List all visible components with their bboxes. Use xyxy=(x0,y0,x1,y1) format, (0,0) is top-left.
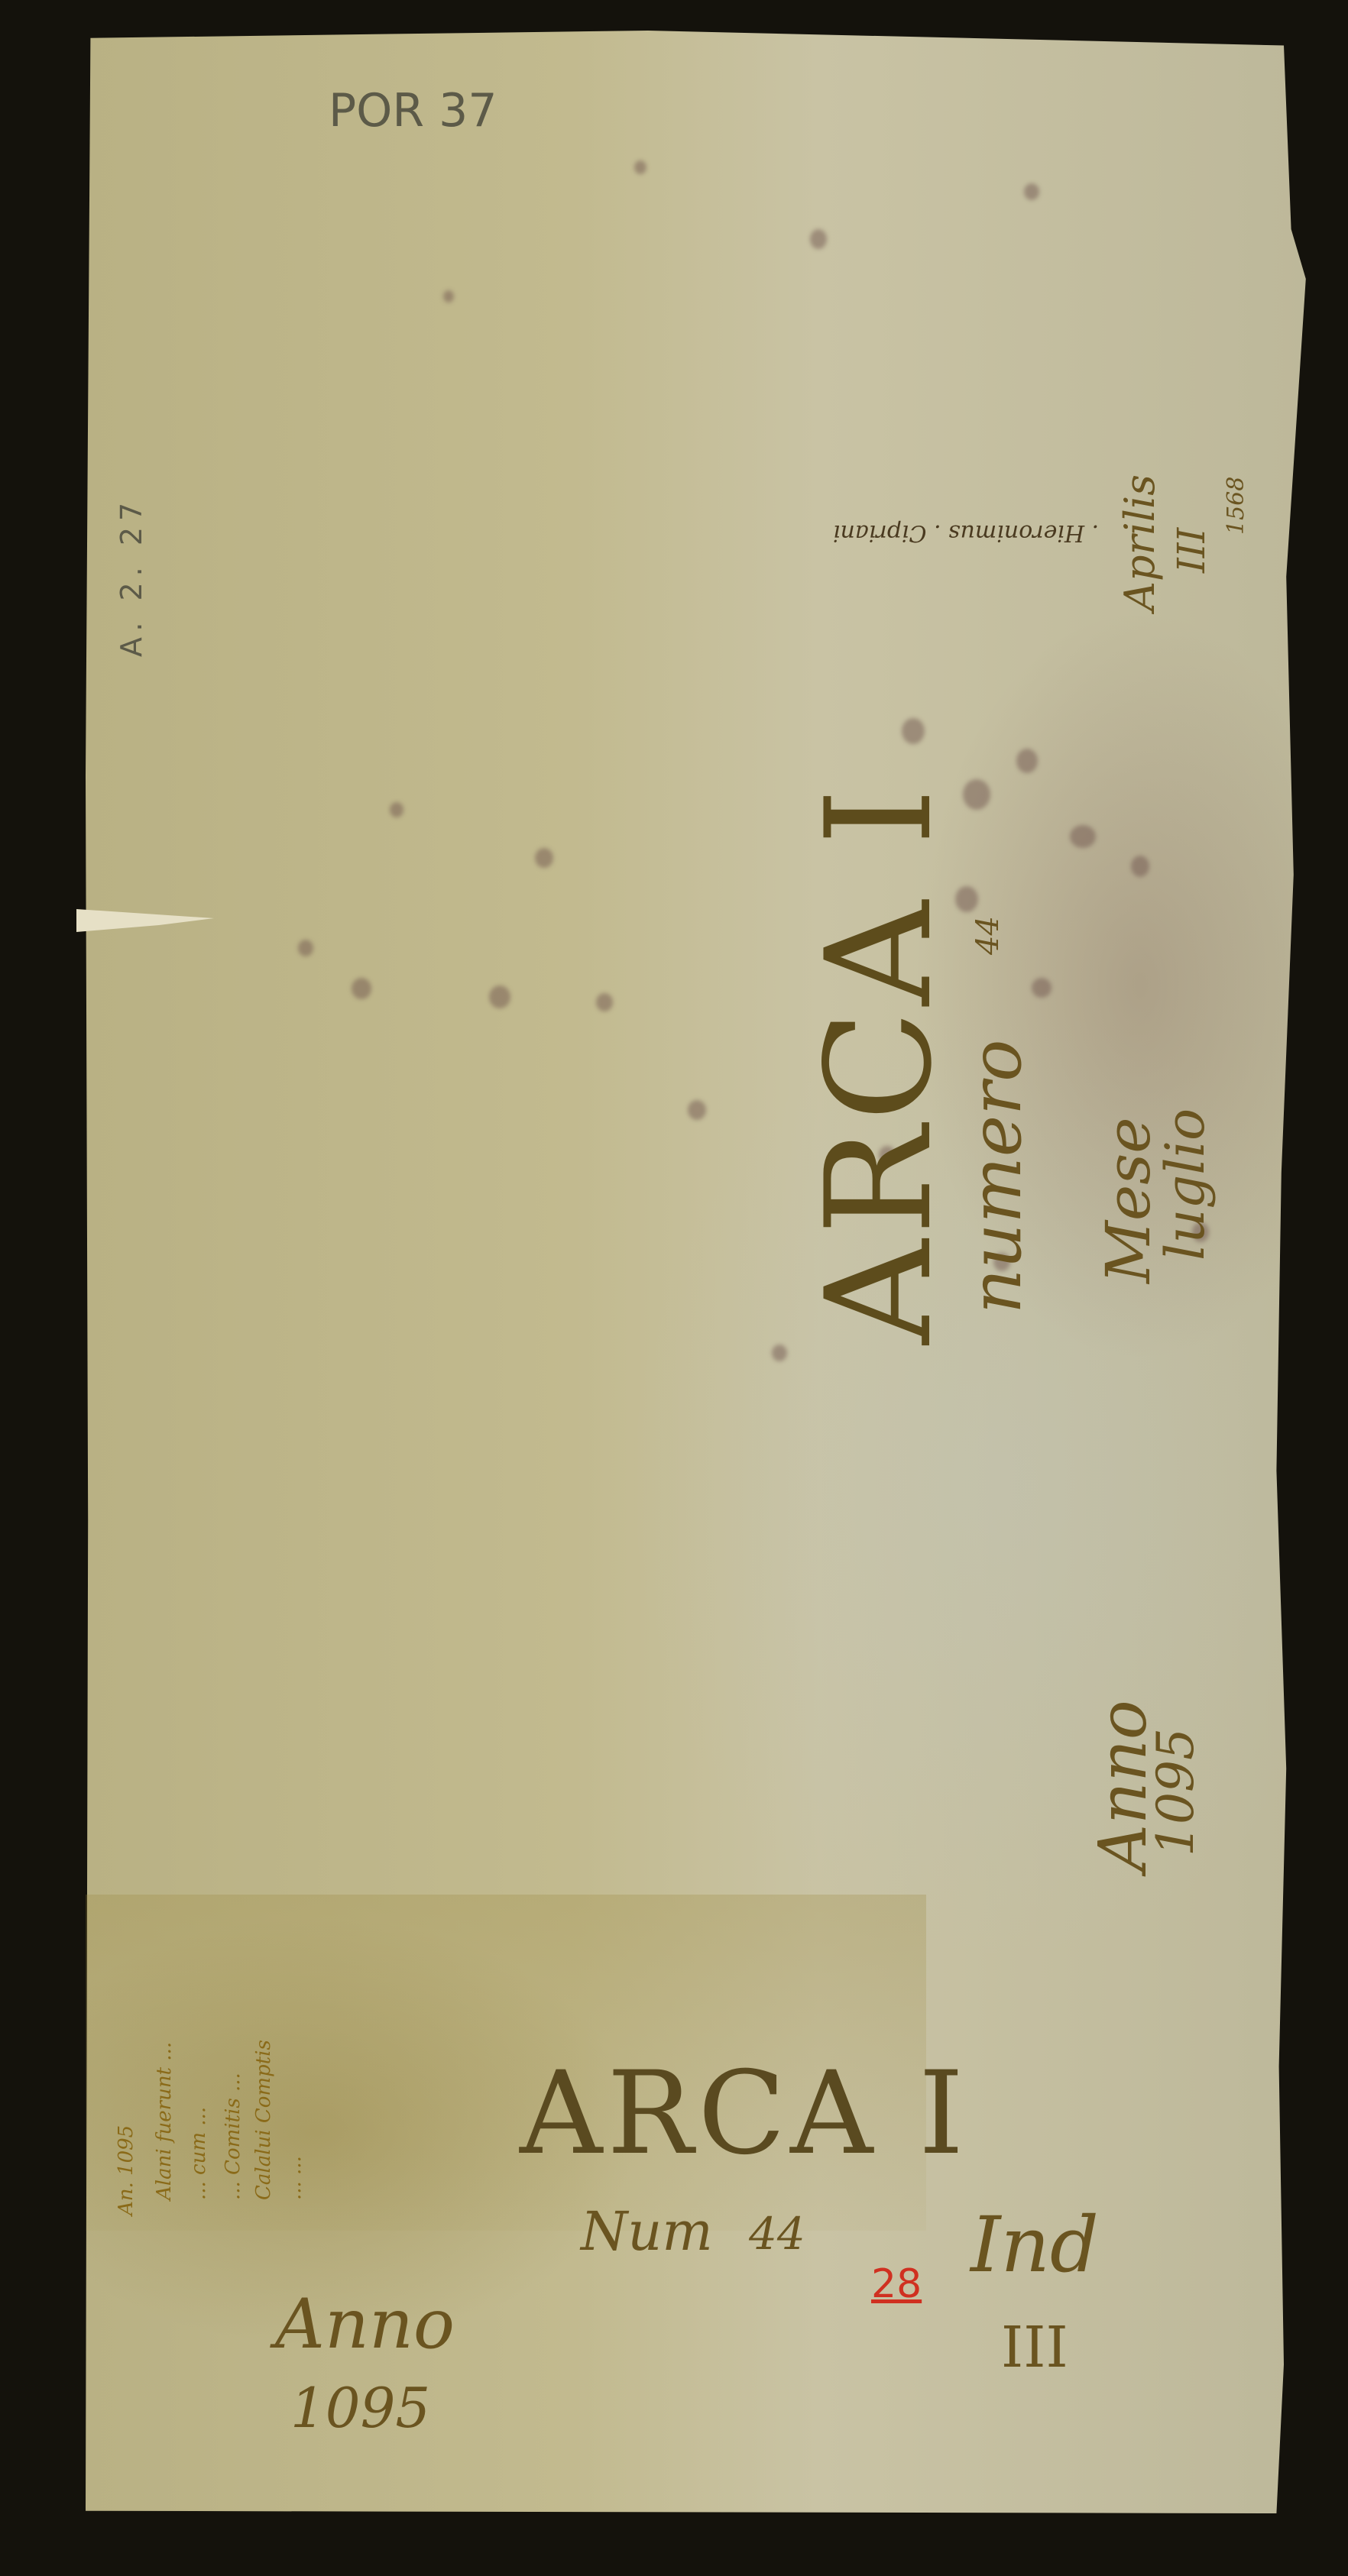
arca-vertical-sub: numero xyxy=(955,1039,1037,1314)
shelfmark-label: POR 37 xyxy=(329,84,497,138)
upper-right-note-year: 1568 xyxy=(1223,477,1249,535)
arca-vertical-number: 44 xyxy=(970,916,1006,955)
pencil-reference: A. 2. 27 xyxy=(115,497,148,657)
upper-right-note-roman: III xyxy=(1169,528,1214,573)
side-note-line: An. 1095 xyxy=(115,2125,138,2215)
ind-value: III xyxy=(1001,2315,1068,2380)
inverted-note: . Hieronimus . Cipriani xyxy=(833,519,1099,546)
side-note-line: ... cum ... xyxy=(187,2107,210,2200)
side-note-line: Calalui Comptis xyxy=(252,2040,275,2200)
upper-right-note-aprilis: Aprilis xyxy=(1116,474,1164,611)
anno-bottom-value: 1095 xyxy=(290,2376,430,2440)
num-value: 44 xyxy=(749,2208,805,2260)
arca-bottom-title: ARCA I xyxy=(520,2047,968,2180)
side-note-line: ... Comitis ... xyxy=(222,2073,245,2200)
side-note-line: Alani fuerunt ... xyxy=(153,2042,176,2200)
anno-vertical-value: 1095 xyxy=(1146,1728,1205,1856)
anno-bottom-label: Anno xyxy=(275,2284,455,2364)
red-stamp-number: 28 xyxy=(871,2261,922,2307)
mese-value: luglio xyxy=(1154,1108,1217,1260)
ind-label: Ind xyxy=(970,2200,1099,2290)
num-label: Num xyxy=(581,2200,713,2263)
side-note-line: ... ... xyxy=(283,2156,306,2200)
arca-vertical-title: ARCA I xyxy=(795,784,964,1345)
